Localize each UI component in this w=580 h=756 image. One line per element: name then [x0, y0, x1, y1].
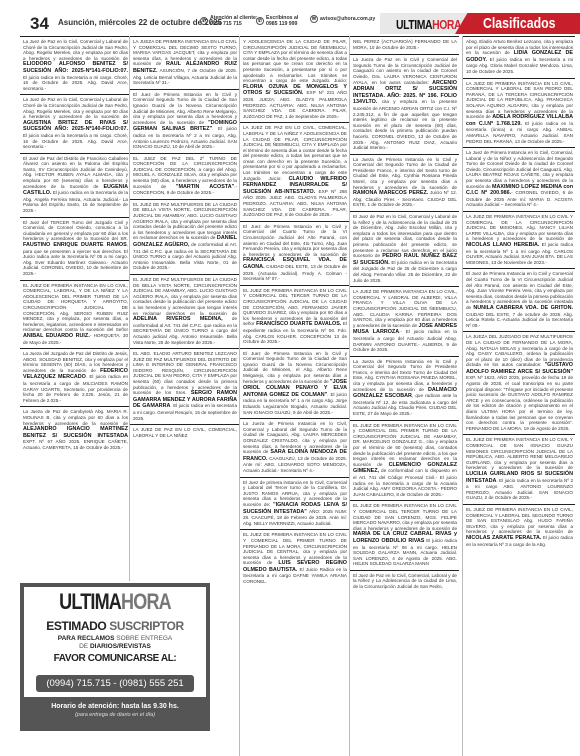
notice-body: La Jueza de Primera Instancia en lo Civi…: [353, 157, 457, 190]
deceased-name: ALEJANDRO IGNACIO MARTINEZ BENITEZ S/ SU…: [23, 426, 128, 439]
notice-footer: El juicio radica en la Secretaría a mi c…: [23, 133, 128, 149]
notice-footer: El juicio radica en la Secretaría a mi c…: [23, 75, 128, 91]
subscriber-ad: ULTIMAHORA ESTIMADO SUSCRIPTOR PARA RECL…: [20, 583, 210, 731]
legal-notice: La Jueza de Primera Instancia en lo Civi…: [350, 356, 459, 420]
legal-notice: LA JUEZ DE PRIMERA INSTANCIA EN LO CIVIL…: [350, 286, 459, 356]
deceased-name: ELIODORO ALFONSO BENITEZ S/ SUCESIÓN AÑO…: [23, 61, 128, 74]
notice-body: El Juez de Primera Instancia en lo Civil…: [243, 224, 347, 257]
legal-notice: El Juez de primera instancia en lo Civil…: [240, 477, 349, 530]
page-header: 34 Asunción, miércoles 22 de octubre de …: [0, 0, 580, 34]
legal-notice: El Juez de Primera Instancia en lo Civil…: [240, 348, 349, 419]
ad-logo-part-2: HORA: [121, 589, 171, 614]
legal-notice: El Juez de Paz en lo Civil, Comercial, L…: [350, 570, 459, 594]
email-icon: ✉: [310, 15, 318, 23]
deceased-name: AGUSTINA BRITEZ DE RIVAS S/ SUCESIÓN AÑO…: [23, 120, 128, 133]
issue-date: Asunción, miércoles 22 de octubre de 202…: [58, 18, 222, 27]
notice-body: EL JUEZ DE PRIMERA INSTANCIA EN LO CIVIL…: [353, 423, 457, 467]
deceased-name: "MARTIN ACOSTA": [176, 184, 234, 190]
ad-title: ESTIMADO SUSCRIPTOR: [24, 619, 206, 633]
ad-line1-bold: PARA RECLAMOS: [58, 635, 115, 642]
notice-footer: cita y emplaza en la presente sucesión d…: [353, 99, 457, 150]
legal-notice: EL JUEZ DE PAZ MULTIFUEROS DE LA CIUDAD …: [130, 274, 239, 348]
legal-notice: LA JUEZ DE PAZ EN LO CIVIL, COMERCIAL, L…: [240, 122, 349, 221]
legal-notice: EL JUEZ DE PRIMERA INSTANCIA EN LO CIVIL…: [463, 434, 575, 504]
legal-notice: El Juez de Paz en lo Civil, Comercial y …: [350, 211, 459, 286]
deceased-name: RAMONA MARECOS PEREZ.: [353, 190, 428, 196]
legal-notice: El Juez de Paz del Distrito de Francisco…: [20, 153, 130, 217]
notice-body: La Juez de Paz en lo Civil, Comercial y …: [23, 97, 128, 119]
notice-body: La Juez de Paz en lo Civil, Comercial y …: [23, 39, 128, 61]
legal-notice: El Juez de Primera Instancia en lo Civil…: [463, 268, 575, 331]
legal-notice: NEL PEREZ (ACTUARIO/A) FERNANDO DE LA MO…: [350, 36, 459, 54]
notice-body: NEL PEREZ (ACTUARIO/A) FERNANDO DE LA MO…: [353, 39, 457, 50]
notice-body: EL JUEZ DE PRIMERA INSTANCIA EN LO CIVIL…: [466, 437, 573, 470]
legal-notice: EL JUEZ DE PRIMERA INSTANCIA EN LO CIVIL…: [350, 420, 459, 501]
legal-notice: EL JUEZ DE PRIMERA INSTANCIA EN LO CIVIL…: [240, 285, 349, 348]
legal-notice: EL ABG. ELADIO ARTURO BENITEZ LEZCANO JU…: [130, 348, 239, 424]
deceased-name: NUNILA CABRERA VDA. DE GRITON.: [473, 305, 573, 311]
ad-subtitle: PARA RECLAMOS SOBRE ENTREGADE DIARIOS/RE…: [24, 635, 206, 651]
page-number: 34: [30, 14, 49, 34]
notice-body: El Juez de Paz en lo Civil, Comercial y …: [353, 214, 457, 258]
brand-part-1: ULTIMA: [396, 17, 432, 32]
legal-notice: El Juez de Primera Instancia en lo Civil…: [130, 89, 239, 153]
legal-notice: La Jueza de Paz en lo Civil y Comercial …: [350, 54, 459, 154]
legal-notice: EL JUEZ DE PAZ DEL 2º TURNO DE CONCEPCIÓ…: [130, 153, 239, 199]
deceased-name: FRANCISCO DUARTE DAVALOS.: [256, 321, 341, 327]
legal-notice: El Juez de Primera Instancia en lo Civil…: [240, 221, 349, 285]
contact-value: avisos@uhora.com.py: [320, 16, 375, 22]
legal-notice: Y ADOLESCENCIA DE LA CIUDAD DE PILAR, CI…: [240, 36, 349, 122]
ad-phone-numbers: (0994) 715.715 - (0981) 555 251: [36, 675, 194, 692]
notice-body: LA JUEZ DE PRIMERA INSTANCIA EN LO CIVIL…: [466, 214, 573, 241]
legal-notice: La Jueza de Primera Instancia en lo Civi…: [240, 418, 349, 476]
ad-hours: Horario de atención: hasta las 9.30 hs.: [20, 703, 210, 710]
legal-notice: EL JUEZ DE PRIMERA INSTANCIA EN LO CIVIL…: [20, 280, 130, 349]
legal-notice: LA JUEZA DE PRIMERA INSTANCIA EN LO CIVI…: [130, 36, 239, 89]
brand-logo: ULTIMAHORA: [396, 17, 461, 32]
notice-body: LA JUEZ DE PAZ EN LO CIVIL, COMERCIAL, L…: [133, 427, 237, 438]
legal-notice: LA JUEZ DE PRIMERA INSTANCIA EN LO CIVIL…: [463, 211, 575, 268]
whatsapp-contact: ✆ Escribinos al0985 119 999: [256, 15, 298, 27]
column-4: NEL PEREZ (ACTUARIO/A) FERNANDO DE LA MO…: [349, 36, 459, 756]
ad-logo-part-1: ULTIMA: [59, 589, 121, 614]
ad-cta: FAVOR COMUNICARSE AL:: [24, 653, 206, 664]
notice-footer: EXPT. Nº 67 AÑO 2025. ENRIQUE CAÑETE, Ac…: [23, 439, 128, 450]
ad-title-part-1: ESTIMADO: [46, 619, 106, 633]
ad-hours-footer: Horario de atención: hasta las 9.30 hs. …: [20, 697, 210, 731]
customer-service-contact: ✆ Atención al cliente:0994 715 715: [200, 15, 258, 27]
column-3: Y ADOLESCENCIA DE LA CIUDAD DE PILAR, CI…: [239, 36, 349, 756]
ad-logo: ULTIMAHORA: [40, 589, 189, 615]
notice-body: El Juez del TERCER Turno del Juzgado Civ…: [23, 220, 128, 242]
ad-line2-bold: DIARIOS/REVISTAS: [90, 643, 151, 650]
email-contact: ✉ avisos@uhora.com.py: [310, 15, 375, 23]
legal-notice: Abog. Eladio Arturo Benítez Lezcano, cit…: [463, 36, 575, 78]
notice-body: La Jueza de Paz de Cambyretá Abg. MARIA …: [23, 409, 128, 425]
notice-footer: CIUDAD DEL ESTE, 7 de octubre de 2025. A…: [466, 312, 573, 328]
legal-notice: La Juez de Paz en lo Civil, Comercial y …: [20, 36, 130, 94]
notice-body: Y ADOLESCENCIA DE LA CIUDAD DE PILAR, CI…: [243, 39, 347, 83]
phone-icon: ✆: [200, 17, 208, 25]
legal-notice: La Jueza de Primera Instancia en lo Civi…: [350, 154, 459, 211]
deceased-name: FAUSTINO ENRIQUE DUARTE RAMOS: [23, 242, 127, 248]
notice-body: LA JUEZ DE PAZ EN LO CIVIL, COMERCIAL, L…: [243, 125, 347, 180]
brand-part-2: HORA: [432, 17, 461, 32]
contact-value: 0994 715 715: [210, 21, 242, 27]
legal-notice: La Jueza de Paz de Cambyretá Abg. MARIA …: [20, 406, 130, 453]
column-1: La Juez de Paz en lo Civil, Comercial y …: [20, 36, 130, 581]
legal-notice: LA JUEZ DE PRIMERA INSTANCIA EN LO CIVIL…: [463, 78, 575, 148]
notice-body: EL JUEZ DE PAZ MULTIFUEROS DE LA CIUDAD …: [133, 277, 237, 316]
ad-line2-pre: DE: [79, 643, 90, 650]
notice-body: EL JUEZ DE PRIMERA INSTANCIA EN LO CIVIL…: [353, 503, 457, 530]
notice-body: EL ABG. ELADIO ARTURO BENITEZ LEZCANO JU…: [133, 351, 237, 395]
legal-notice: LA JUEZA DEL JUZGADO DE PAZ MULTIFUEROS …: [463, 331, 575, 434]
deceased-name: NICOLAS ZARATE PERALTA.: [466, 535, 541, 541]
legal-notice: El Juez del TERCER Turno del Juzgado Civ…: [20, 217, 130, 280]
notice-body: El Juez de Paz en lo Civil, Comercial, L…: [353, 573, 457, 589]
ad-note: (para entrega de diario en el día): [20, 712, 210, 718]
legal-notice: La Juez de Primera Instancia en lo Civil…: [463, 147, 575, 211]
whatsapp-icon: ✆: [256, 17, 264, 25]
column-2: LA JUEZA DE PRIMERA INSTANCIA EN LO CIVI…: [129, 36, 239, 581]
legal-notice: La Jueza del Juzgado de Paz del Distrito…: [20, 348, 130, 406]
contact-value: 0985 119 999: [266, 21, 297, 27]
notice-footer: EXP. Nº 1623, AÑO 2025, proveído de fech…: [466, 375, 573, 430]
deceased-name: NICOLAS LLANO HEREBIA.: [466, 242, 539, 248]
section-title: Clasificados: [483, 15, 555, 32]
legal-notice: EL JUEZ DE PRIMERA INSTANCIA EN LO CIVIL…: [463, 504, 575, 550]
legal-notice: LA JUEZ DE PAZ EN LO CIVIL, COMERCIAL, L…: [130, 424, 239, 442]
legal-notice: EL JUEZ DE PAZ MULTIFUEROS DE LA CIUDAD …: [130, 199, 239, 274]
column-5: Abog. Eladio Arturo Benítez Lezcano, cit…: [462, 36, 575, 756]
section-banner: Clasificados: [455, 13, 580, 34]
deceased-name: ADELINA RIVEROS MEDINA,: [133, 316, 223, 322]
notice-body: EL JUEZ DE PRIMERA INSTANCIA EN LO CIVIL…: [466, 507, 573, 534]
ad-title-part-2: SUSCRIPTOR: [109, 619, 183, 633]
legal-notice: EL JUEZ DE PRIMERA INSTANCIA EN LO CIVIL…: [240, 529, 349, 587]
legal-notice: La Juez de Paz en lo Civil, Comercial y …: [20, 94, 130, 152]
notice-body: EL JUEZ DE PRIMERA INSTANCIA EN LO CIVIL…: [23, 283, 128, 333]
ad-line1-rest: SOBRE ENTREGA: [114, 635, 172, 642]
deceased-name: ANIBAL EDUARDO RUIZ.: [23, 333, 90, 339]
legal-notice: EL JUEZ DE PRIMERA INSTANCIA EN LO CIVIL…: [350, 500, 459, 570]
